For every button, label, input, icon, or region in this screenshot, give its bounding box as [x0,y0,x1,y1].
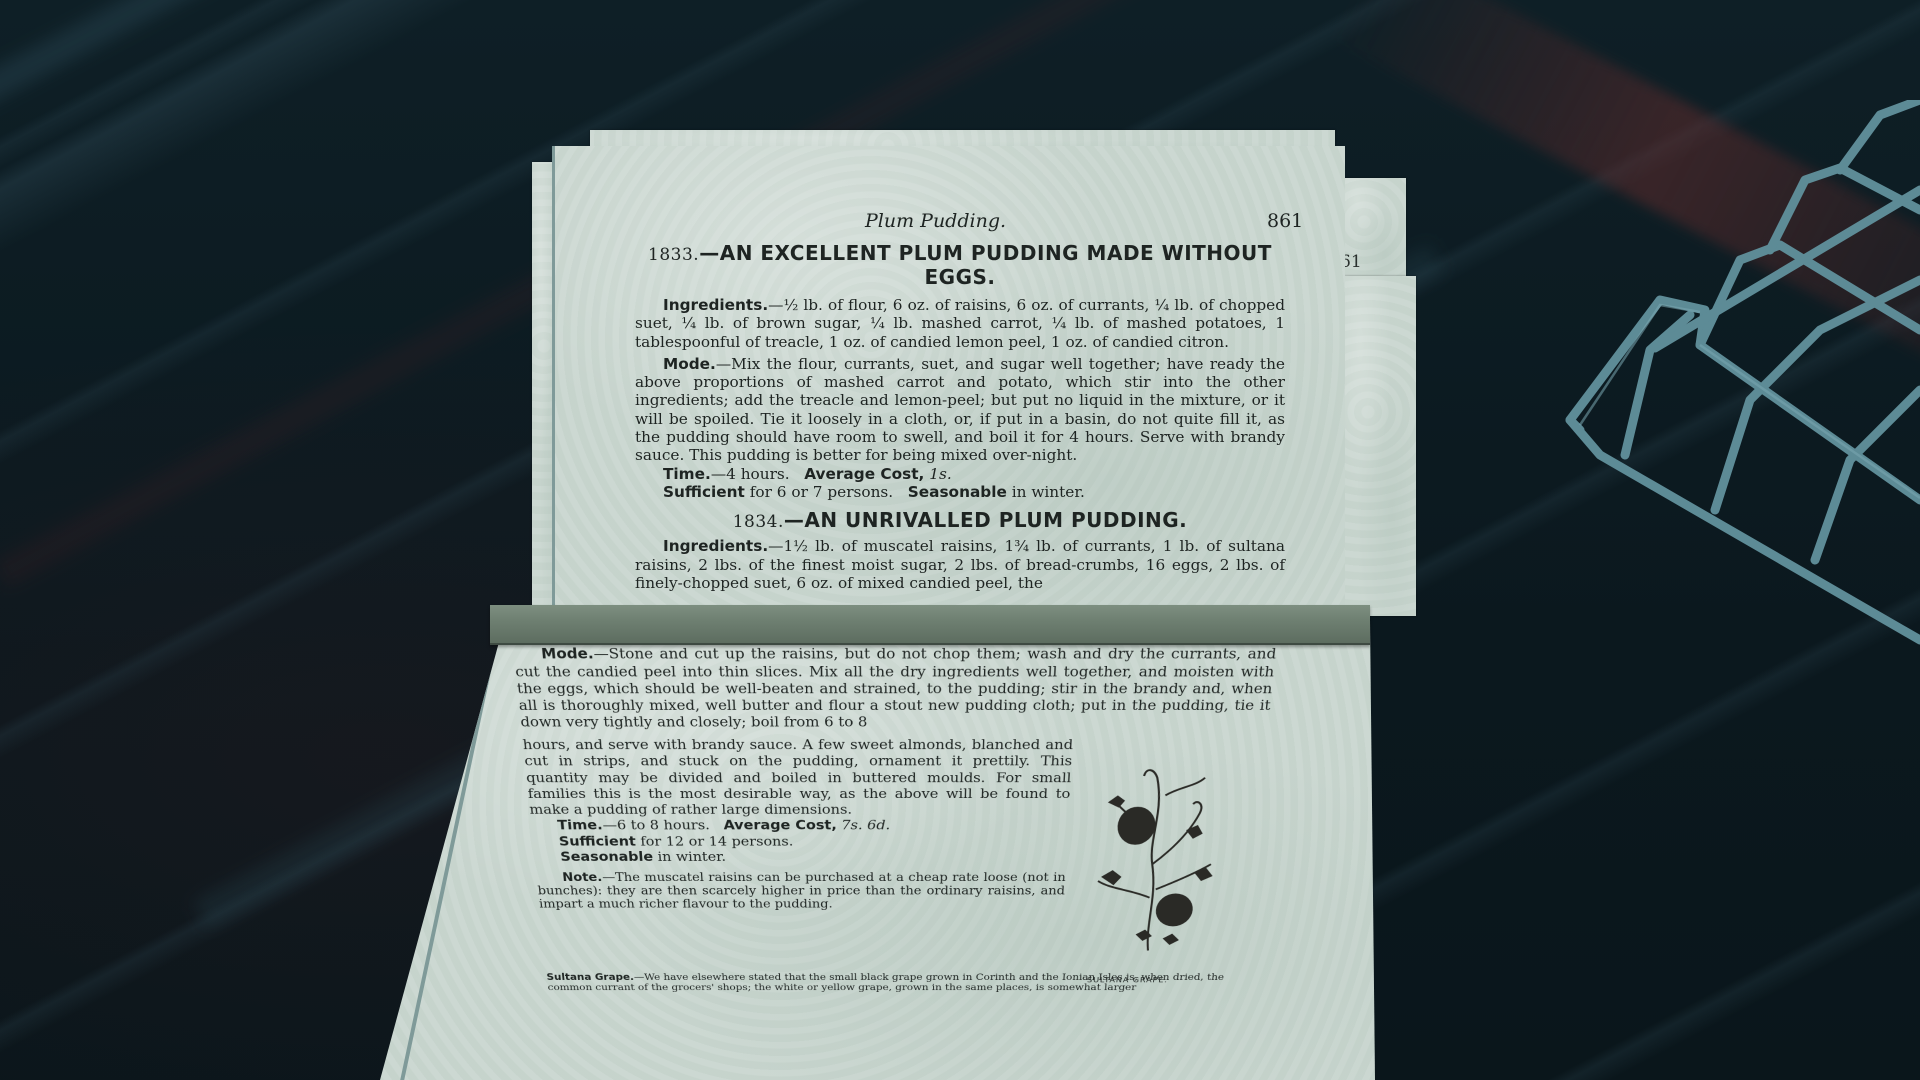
recipe-1834-title: 1834.—AN UNRIVALLED PLUM PUDDING. [635,509,1285,533]
running-title: Plum Pudding. [865,210,1006,232]
cookbook-page-upper: Plum Pudding. 861 1833.—AN EXCELLENT PLU… [552,146,1345,626]
recipe-1834-seasonable: Seasonable in winter. [533,849,1067,865]
paper-clip-band [490,605,1370,645]
recipe-1833-title: 1833.—AN EXCELLENT PLUM PUDDING MADE WIT… [635,242,1285,288]
recipe-1833: 1833.—AN EXCELLENT PLUM PUDDING MADE WIT… [635,242,1285,592]
grape-vine-illustration-icon [1080,760,1236,955]
wire-rack-icon [1540,100,1920,820]
cookbook-page-lower-wrap: of pounded bitter almonds, ¼ pint of bra… [380,620,1380,1080]
recipe-1833-mode: Mode.—Mix the flour, currants, suet, and… [635,355,1285,465]
recipe-1834-ingredients: Ingredients.—1½ lb. of muscatel raisins,… [635,537,1285,592]
cookbook-page-lower: of pounded bitter almonds, ¼ pint of bra… [380,620,1380,1080]
recipe-1833-ingredients: Ingredients.—½ lb. of flour, 6 oz. of ra… [635,296,1285,351]
recipe-1834-note: Note.—The muscatel raisins can be purcha… [536,871,1066,911]
illustration-caption: SULTANA GRAPE. [1087,977,1168,985]
recipe-1833-sufficient: Sufficient for 6 or 7 persons. Seasonabl… [635,483,1285,501]
recipe-1834-column: hours, and serve with brandy sauce. A fe… [522,736,1074,911]
recipe-1834-time: Time.—6 to 8 hours. Average Cost, 7s. 6d… [530,818,1069,834]
recipe-1834-mode-column: hours, and serve with brandy sauce. A fe… [522,736,1074,817]
page-number: 861 [1267,210,1303,232]
recipe-1834-sufficient: Sufficient for 12 or 14 persons. [532,833,1068,849]
recipe-1834-mode: Mode.—Stone and cut up the raisins, but … [513,645,1278,730]
back-page-right: 61 [1336,178,1406,288]
back-page-right-lower [1336,276,1416,616]
recipe-1833-time: Time.—4 hours. Average Cost, 1s. [635,465,1285,483]
